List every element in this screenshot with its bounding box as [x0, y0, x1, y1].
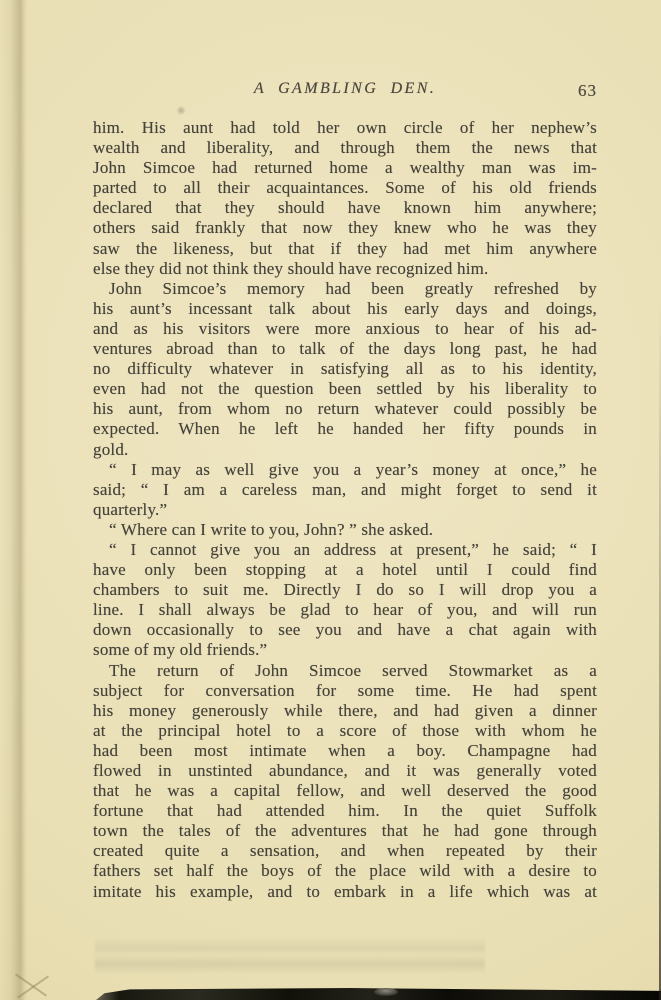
text-line: and as his visitors were more anxious to… — [93, 319, 597, 339]
text-line: subject for conversation for some time. … — [93, 681, 597, 701]
text-line: fathers set half the boys of the place w… — [93, 861, 597, 881]
text-line: The return of John Simcoe served Stowmar… — [93, 661, 597, 681]
text-line: else they did not think they should have… — [93, 259, 597, 279]
text-line: imitate his example, and to embark in a … — [93, 882, 597, 902]
text-line: parted to all their acquaintances. Some … — [93, 178, 597, 198]
text-line: fortune that had attended him. In the qu… — [93, 801, 597, 821]
text-line: even had not the question been settled b… — [93, 379, 597, 399]
text-line: flowed in unstinted abundance, and it wa… — [93, 761, 597, 781]
text-line: said; “ I am a careless man, and might f… — [93, 480, 597, 500]
text-line: chambers to suit me. Directly I do so I … — [93, 580, 597, 600]
text-line: quarterly.” — [93, 500, 597, 520]
text-line: “ I may as well give you a year’s money … — [93, 460, 597, 480]
text-line: his aunt’s incessant talk about his earl… — [93, 299, 597, 319]
text-line: saw the likeness, but that if they had m… — [93, 239, 597, 259]
running-header-title: A GAMBLING DEN. — [93, 80, 597, 98]
page-body-text: him. His aunt had told her own circle of… — [93, 118, 597, 902]
text-line: “ I cannot give you an address at presen… — [93, 540, 597, 560]
text-line: gold. — [93, 440, 597, 460]
text-line: have only been stopping at a hotel until… — [93, 560, 597, 580]
text-line: John Simcoe’s memory had been greatly re… — [93, 279, 597, 299]
running-header: A GAMBLING DEN. 63 — [93, 80, 597, 104]
paper-shadow-streaks — [95, 938, 485, 974]
text-line: his money generously while there, and ha… — [93, 701, 597, 721]
text-line: down occasionally to see you and have a … — [93, 620, 597, 640]
page-number: 63 — [578, 81, 597, 101]
text-line: expected. When he left he handed her fif… — [93, 419, 597, 439]
text-line: his aunt, from whom no return whatever c… — [93, 399, 597, 419]
text-line: town the tales of the adventures that he… — [93, 821, 597, 841]
book-edge-highlight — [374, 988, 398, 996]
text-line: created quite a sensation, and when repe… — [93, 841, 597, 861]
page-gutter-crease — [0, 0, 28, 1000]
text-line: that he was a capital fellow, and well d… — [93, 781, 597, 801]
text-line: wealth and liberality, and through them … — [93, 138, 597, 158]
text-line: John Simcoe had returned home a wealthy … — [93, 158, 597, 178]
text-line: ventures abroad than to talk of the days… — [93, 339, 597, 359]
text-line: others said frankly that now they knew w… — [93, 218, 597, 238]
text-line: at the principal hotel to a score of tho… — [93, 721, 597, 741]
paper-foxing-spot — [176, 106, 186, 115]
text-line: “ Where can I write to you, John? ” she … — [93, 520, 597, 540]
text-line: no difficulty whatever in satisfying all… — [93, 359, 597, 379]
text-line: had been most intimate when a boy. Champ… — [93, 741, 597, 761]
text-line: some of my old friends.” — [93, 640, 597, 660]
scanned-book-page: A GAMBLING DEN. 63 him. His aunt had tol… — [0, 0, 661, 1000]
text-line: him. His aunt had told her own circle of… — [93, 118, 597, 138]
text-line: declared that they should have known him… — [93, 198, 597, 218]
text-line: line. I shall always be glad to hear of … — [93, 600, 597, 620]
